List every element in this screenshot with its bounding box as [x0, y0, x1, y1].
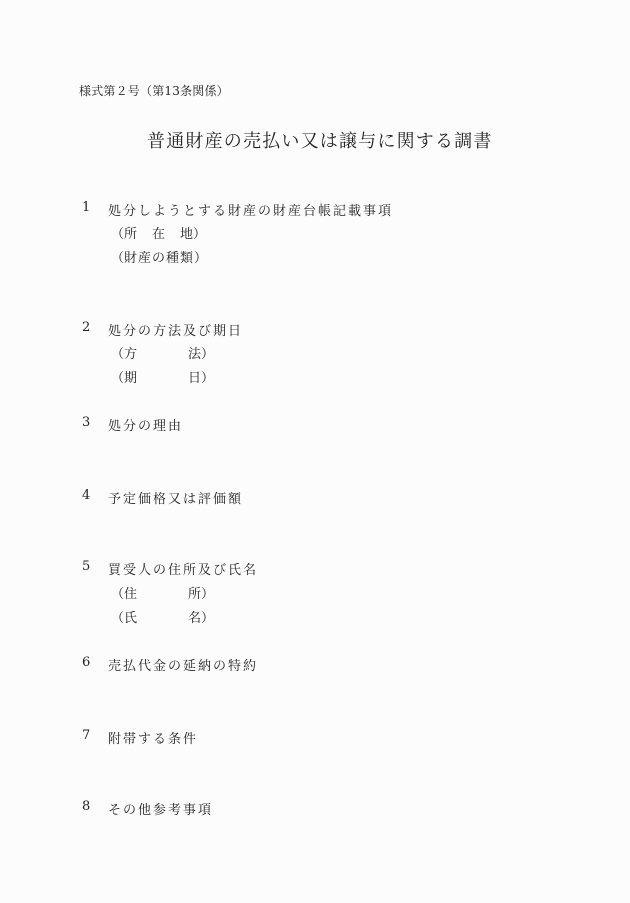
section-number: 1: [82, 200, 90, 215]
label-part: 地: [180, 223, 193, 242]
close-paren: ）: [201, 343, 214, 362]
subitem-method: （ 方 法 ）: [111, 343, 214, 362]
section-number: 3: [82, 415, 90, 430]
section-heading: 予定価格又は評価額: [108, 488, 243, 507]
section-number: 4: [82, 488, 90, 503]
open-paren: （: [111, 343, 124, 362]
section-number: 2: [82, 320, 90, 335]
close-paren: ）: [201, 583, 214, 602]
label-part: 名: [188, 607, 201, 626]
subitem-date: （ 期 日 ）: [111, 367, 214, 386]
section-number: 6: [82, 655, 90, 670]
section-heading: 処分の理由: [108, 415, 183, 434]
subitem-name: （ 氏 名 ）: [111, 607, 214, 626]
section-number: 5: [82, 559, 90, 574]
section-heading: 売払代金の延納の特約: [108, 655, 258, 674]
label-part: 所: [124, 223, 152, 242]
label-part: 所: [188, 583, 201, 602]
subitem-location: （ 所 在 地 ）: [111, 223, 206, 242]
open-paren: （: [111, 583, 124, 602]
close-paren: ）: [193, 223, 206, 242]
label-part: 在: [152, 223, 180, 242]
label-part: 期: [124, 367, 188, 386]
document-title: 普通財産の売払い又は譲与に関する調書: [147, 127, 493, 153]
label-part: 方: [124, 343, 188, 362]
section-number: 8: [82, 799, 90, 814]
subitem-address: （ 住 所 ）: [111, 583, 214, 602]
close-paren: ）: [201, 367, 214, 386]
section-heading: 処分の方法及び期日: [108, 320, 243, 339]
label-part: 法: [188, 343, 201, 362]
close-paren: ）: [194, 247, 207, 266]
open-paren: （: [111, 607, 124, 626]
label: 財産の種類: [124, 247, 194, 266]
label-part: 氏: [124, 607, 188, 626]
close-paren: ）: [201, 607, 214, 626]
section-heading: 附帯する条件: [108, 728, 198, 747]
section-number: 7: [82, 728, 90, 743]
open-paren: （: [111, 367, 124, 386]
section-heading: 処分しようとする財産の財産台帳記載事項: [108, 200, 393, 219]
section-heading: その他参考事項: [108, 799, 213, 818]
form-number: 様式第２号（第13条関係）: [79, 82, 229, 99]
label-part: 住: [124, 583, 188, 602]
open-paren: （: [111, 247, 124, 266]
subitem-property-type: （ 財産の種類 ）: [111, 247, 207, 266]
open-paren: （: [111, 223, 124, 242]
section-heading: 買受人の住所及び氏名: [108, 559, 258, 578]
label-part: 日: [188, 367, 201, 386]
